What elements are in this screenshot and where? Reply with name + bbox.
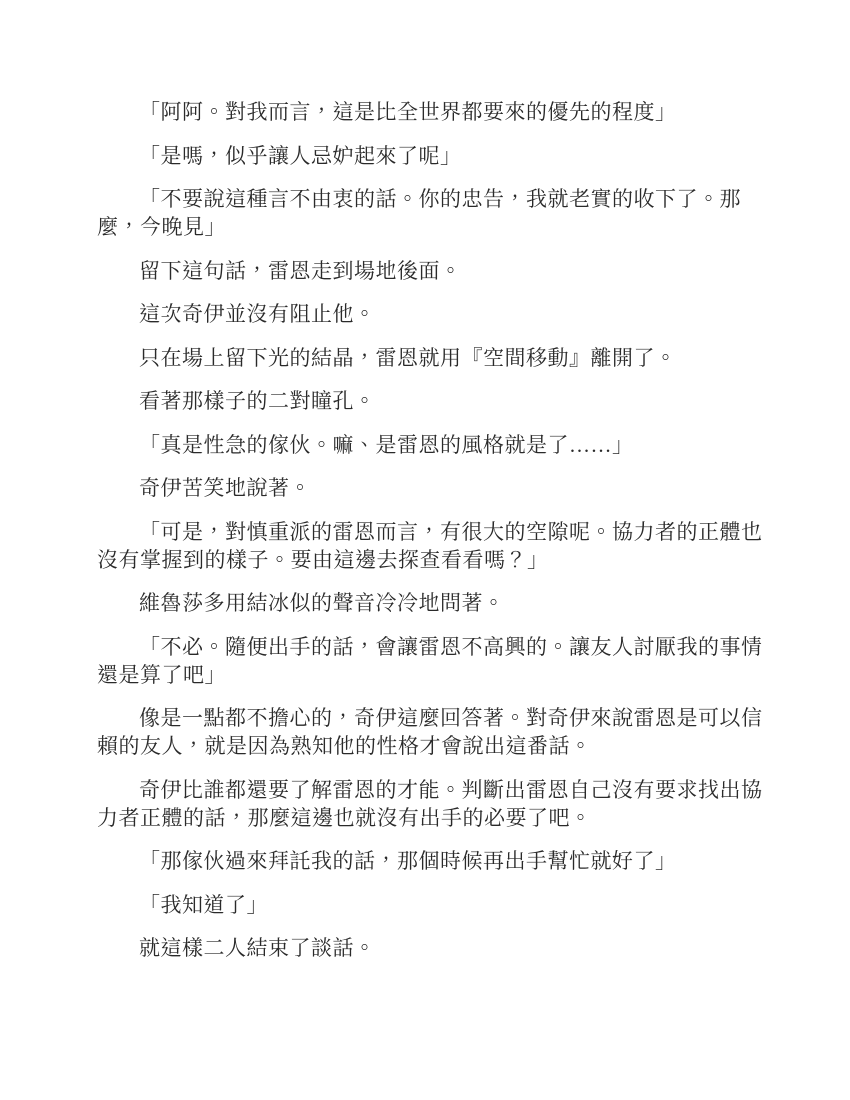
paragraph: 「是嗎，似乎讓人忌妒起來了呢」: [97, 142, 760, 170]
paragraph: 奇伊比誰都還要了解雷恩的才能。判斷出雷恩自己沒有要求找出協力者正體的話，那麼這邊…: [97, 776, 760, 832]
text-line: 像是一點都不擔心的，奇伊這麼回答著。對奇伊來說雷恩是可以信: [97, 704, 760, 732]
paragraph: 「可是，對慎重派的雷恩而言，有很大的空隙呢。協力者的正體也沒有掌握到的樣子。要由…: [97, 518, 760, 574]
paragraph: 看著那樣子的二對瞳孔。: [97, 387, 760, 415]
document-page: 「阿阿。對我而言，這是比全世界都要來的優先的程度」「是嗎，似乎讓人忌妒起來了呢」…: [0, 0, 850, 1100]
paragraph: 「那傢伙過來拜託我的話，那個時候再出手幫忙就好了」: [97, 847, 760, 875]
text-line: 「不必。隨便出手的話，會讓雷恩不高興的。讓友人討厭我的事情: [97, 633, 760, 661]
text-line: 「阿阿。對我而言，這是比全世界都要來的優先的程度」: [97, 98, 760, 126]
paragraph: 像是一點都不擔心的，奇伊這麼回答著。對奇伊來說雷恩是可以信賴的友人，就是因為熟知…: [97, 704, 760, 760]
page-text: 「阿阿。對我而言，這是比全世界都要來的優先的程度」「是嗎，似乎讓人忌妒起來了呢」…: [97, 98, 760, 962]
paragraph: 就這樣二人結束了談話。: [97, 934, 760, 962]
text-line: 力者正體的話，那麼這邊也就沒有出手的必要了吧。: [97, 804, 760, 832]
text-line: 奇伊比誰都還要了解雷恩的才能。判斷出雷恩自己沒有要求找出協: [97, 776, 760, 804]
text-line: 就這樣二人結束了談話。: [97, 934, 760, 962]
text-line: 維魯莎多用結冰似的聲音冷冷地問著。: [97, 589, 760, 617]
paragraph: 維魯莎多用結冰似的聲音冷冷地問著。: [97, 589, 760, 617]
paragraph: 「不要說這種言不由衷的話。你的忠告，我就老實的收下了。那麼，今晚見」: [97, 185, 760, 241]
text-line: 只在場上留下光的結晶，雷恩就用『空間移動』離開了。: [97, 344, 760, 372]
text-line: 「我知道了」: [97, 891, 760, 919]
paragraph: 只在場上留下光的結晶，雷恩就用『空間移動』離開了。: [97, 344, 760, 372]
text-line: 留下這句話，雷恩走到場地後面。: [97, 257, 760, 285]
text-line: 「真是性急的傢伙。嘛、是雷恩的風格就是了……」: [97, 431, 760, 459]
text-line: 看著那樣子的二對瞳孔。: [97, 387, 760, 415]
paragraph: 「真是性急的傢伙。嘛、是雷恩的風格就是了……」: [97, 431, 760, 459]
text-line: 「不要說這種言不由衷的話。你的忠告，我就老實的收下了。那: [97, 185, 760, 213]
paragraph: 「我知道了」: [97, 891, 760, 919]
text-line: 「可是，對慎重派的雷恩而言，有很大的空隙呢。協力者的正體也: [97, 518, 760, 546]
text-line: 「那傢伙過來拜託我的話，那個時候再出手幫忙就好了」: [97, 847, 760, 875]
text-line: 奇伊苦笑地說著。: [97, 474, 760, 502]
paragraph: 奇伊苦笑地說著。: [97, 474, 760, 502]
paragraph: 「阿阿。對我而言，這是比全世界都要來的優先的程度」: [97, 98, 760, 126]
text-line: 沒有掌握到的樣子。要由這邊去探查看看嗎？」: [97, 546, 760, 574]
text-line: 還是算了吧」: [97, 661, 760, 689]
text-line: 賴的友人，就是因為熟知他的性格才會說出這番話。: [97, 732, 760, 760]
paragraph: 這次奇伊並沒有阻止他。: [97, 300, 760, 328]
text-line: 「是嗎，似乎讓人忌妒起來了呢」: [97, 142, 760, 170]
text-line: 麼，今晚見」: [97, 213, 760, 241]
paragraph: 「不必。隨便出手的話，會讓雷恩不高興的。讓友人討厭我的事情還是算了吧」: [97, 633, 760, 689]
paragraph: 留下這句話，雷恩走到場地後面。: [97, 257, 760, 285]
text-line: 這次奇伊並沒有阻止他。: [97, 300, 760, 328]
